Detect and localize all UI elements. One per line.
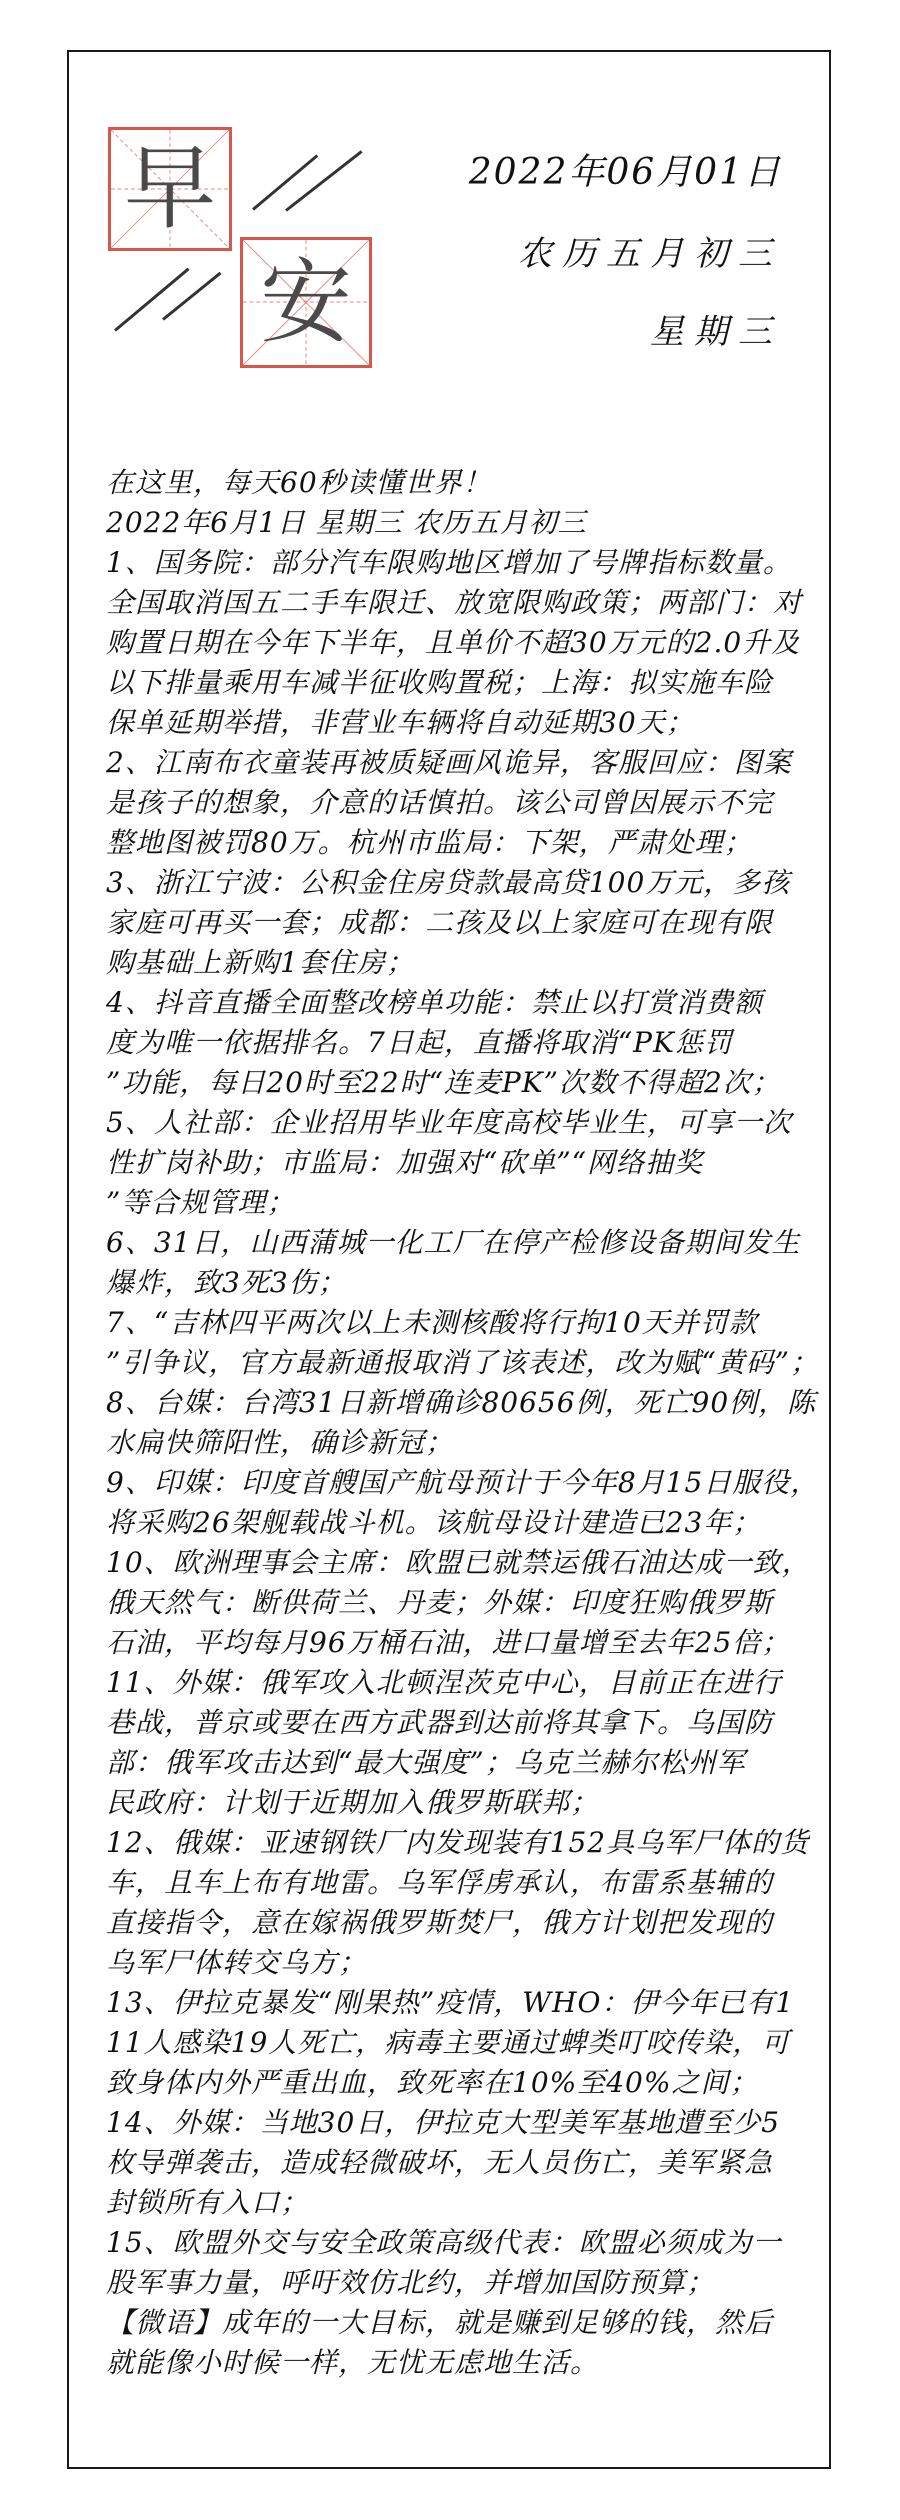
lunar-date: 农历五月初三 [518,226,782,275]
an-char: 安 [243,240,369,365]
news-line: 性扩岗补助；市监局：加强对“砍单”“网络抽奖 [106,1143,826,1183]
news-line: 2、江南布衣童装再被质疑画风诡异，客服回应：图案 [106,743,826,783]
news-line: 11、外媒：俄军攻入北顿涅茨克中心，目前正在进行 [106,1663,826,1703]
news-line: 8、台媒：台湾31日新增确诊80656例，死亡90例，陈 [106,1383,826,1423]
news-line: 【微语】成年的一大目标，就是赚到足够的钱，然后 [106,2303,826,2343]
news-line: 以下排量乘用车减半征收购置税；上海：拟实施车险 [106,663,826,703]
news-line: 14、外媒：当地30日，伊拉克大型美军基地遭至少5 [106,2103,826,2143]
news-line: 是孩子的想象，介意的话慎拍。该公司曾因展示不完 [106,783,826,823]
news-line: 3、浙江宁波：公积金住房贷款最高贷100万元，多孩 [106,863,826,903]
news-line: 巷战，普京或要在西方武器到达前将其拿下。乌国防 [106,1703,826,1743]
news-line: ”功能，每日20时至22时“连麦PK”次数不得超2次； [106,1063,826,1103]
news-line: 将采购26架舰载战斗机。该航母设计建造已23年； [106,1503,826,1543]
gregorian-date: 2022年06月01日 [469,144,782,195]
weekday: 星期三 [650,304,782,353]
news-line: 1、国务院：部分汽车限购地区增加了号牌指标数量。 [106,543,826,583]
news-line: 7、“吉林四平两次以上未测核酸将行拘10天并罚款 [106,1303,826,1343]
news-line: 石油，平均每月96万桶石油，进口量增至去年25倍； [106,1623,826,1663]
news-line: 度为唯一依据排名。7日起，直播将取消“PK惩罚 [106,1023,826,1063]
news-line: 保单延期举措，非营业车辆将自动延期30天； [106,703,826,743]
news-line: 部：俄军攻击达到“最大强度”；乌克兰赫尔松州军 [106,1743,826,1783]
an-grid-box: 安 [240,237,372,368]
news-line: 俄天然气：断供荷兰、丹麦；外媒：印度狂购俄罗斯 [106,1583,826,1623]
news-line: 10、欧洲理事会主席：欧盟已就禁运俄石油达成一致， [106,1543,826,1583]
news-line: 直接指令，意在嫁祸俄罗斯焚尸，俄方计划把发现的 [106,1903,826,1943]
news-line: 5、人社部：企业招用毕业年度高校毕业生，可享一次 [106,1103,826,1143]
news-line: 11人感染19人死亡，病毒主要通过蜱类叮咬传染，可 [106,2023,826,2063]
news-line: 致身体内外严重出血，致死率在10%至40%之间； [106,2063,826,2103]
zao-grid-box: 早 [108,127,232,251]
news-line: 6、31日，山西蒲城一化工厂在停产检修设备期间发生 [106,1223,826,1263]
zao-char: 早 [111,130,229,248]
news-body: 在这里，每天60秒读懂世界！2022年6月1日 星期三 农历五月初三1、国务院：… [106,463,826,2383]
news-line: 股军事力量，呼吁效仿北约，并增加国防预算； [106,2263,826,2303]
news-line: 9、印媒：印度首艘国产航母预计于今年8月15日服役， [106,1463,826,1503]
news-line: 整地图被罚80万。杭州市监局：下架，严肃处理； [106,823,826,863]
news-line: 13、伊拉克暴发“刚果热”疫情，WHO：伊今年已有1 [106,1983,826,2023]
news-line: 在这里，每天60秒读懂世界！ [106,463,826,503]
news-line: ”等合规管理； [106,1183,826,1223]
news-line: 枚导弹袭击，造成轻微破坏，无人员伤亡，美军紧急 [106,2143,826,2183]
news-line: ”引争议，官方最新通报取消了该表述，改为赋“黄码”； [106,1343,826,1383]
news-line: 12、俄媒：亚速钢铁厂内发现装有152具乌军尸体的货 [106,1823,826,1863]
news-line: 乌军尸体转交乌方； [106,1943,826,1983]
news-line: 全国取消国五二手车限迁、放宽限购政策；两部门：对 [106,583,826,623]
news-line: 购基础上新购1套住房； [106,943,826,983]
news-line: 2022年6月1日 星期三 农历五月初三 [106,503,826,543]
news-line: 封锁所有入口； [106,2183,826,2223]
news-line: 就能像小时候一样，无忧无虑地生活。 [106,2343,826,2383]
news-line: 15、欧盟外交与安全政策高级代表：欧盟必须成为一 [106,2223,826,2263]
news-line: 爆炸，致3死3伤； [106,1263,826,1303]
news-line: 水扁快筛阳性，确诊新冠； [106,1423,826,1463]
news-line: 车，且车上布有地雷。乌军俘虏承认，布雷系基辅的 [106,1863,826,1903]
news-line: 购置日期在今年下半年，且单价不超30万元的2.0升及 [106,623,826,663]
news-line: 家庭可再买一套；成都：二孩及以上家庭可在现有限 [106,903,826,943]
news-line: 4、抖音直播全面整改榜单功能：禁止以打赏消费额 [106,983,826,1023]
news-line: 民政府：计划于近期加入俄罗斯联邦； [106,1783,826,1823]
